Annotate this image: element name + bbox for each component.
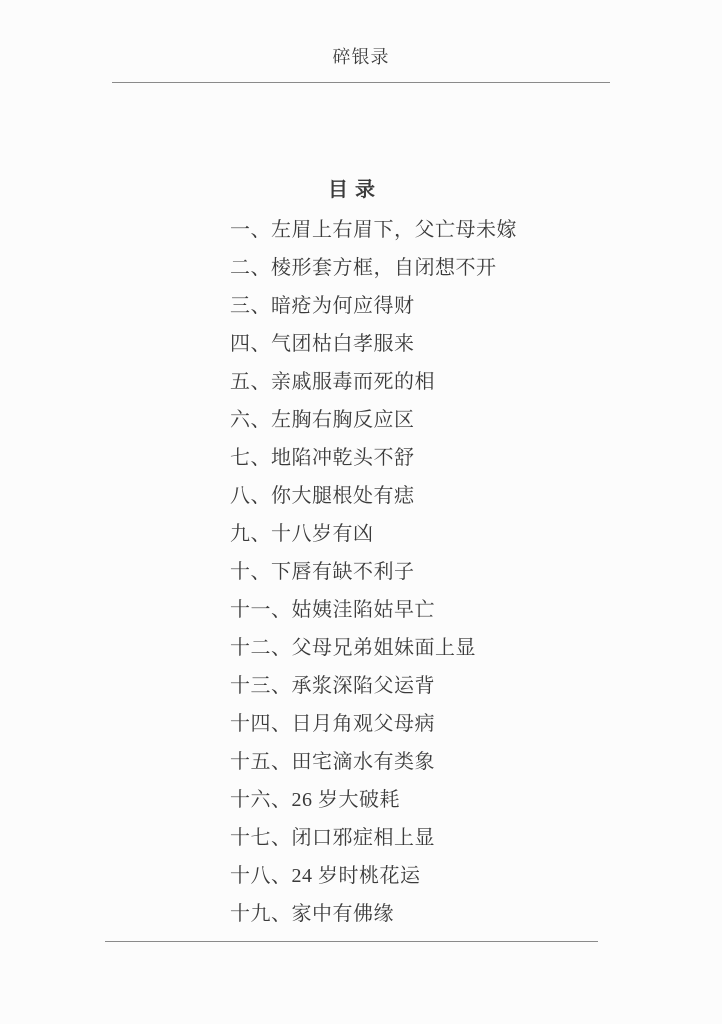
toc-entry: 十、下唇有缺不利子 [230, 550, 650, 588]
toc-entry: 二、棱形套方框，自闭想不开 [230, 246, 650, 284]
toc-entry: 十三、承浆深陷父运背 [230, 664, 650, 702]
toc-entry: 九、十八岁有凶 [230, 512, 650, 550]
toc-entry: 十六、26 岁大破耗 [230, 778, 650, 816]
toc-entry: 六、左胸右胸反应区 [230, 398, 650, 436]
toc-entry: 十二、父母兄弟姐妹面上显 [230, 626, 650, 664]
header-rule [112, 82, 610, 83]
toc-entry: 十一、姑姨洼陷姑早亡 [230, 588, 650, 626]
toc-entry: 八、你大腿根处有痣 [230, 474, 650, 512]
document-page: 碎银录 目 录 一、左眉上右眉下，父亡母未嫁二、棱形套方框，自闭想不开三、暗疮为… [0, 0, 722, 1024]
toc-entry: 十八、24 岁时桃花运 [230, 854, 650, 892]
toc-entry: 十四、日月角观父母病 [230, 702, 650, 740]
footer-rule [105, 941, 598, 942]
toc-entry: 五、亲戚服毒而死的相 [230, 360, 650, 398]
document-header-title: 碎银录 [0, 45, 722, 69]
toc-entry: 七、地陷冲乾头不舒 [230, 436, 650, 474]
toc-list: 一、左眉上右眉下，父亡母未嫁二、棱形套方框，自闭想不开三、暗疮为何应得财四、气团… [230, 208, 650, 930]
toc-entry: 十五、田宅滴水有类象 [230, 740, 650, 778]
toc-heading: 目 录 [0, 178, 713, 202]
toc-entry: 一、左眉上右眉下，父亡母未嫁 [230, 208, 650, 246]
toc-entry: 十九、家中有佛缘 [230, 892, 650, 930]
toc-entry: 三、暗疮为何应得财 [230, 284, 650, 322]
toc-entry: 四、气团枯白孝服来 [230, 322, 650, 360]
toc-entry: 十七、闭口邪症相上显 [230, 816, 650, 854]
